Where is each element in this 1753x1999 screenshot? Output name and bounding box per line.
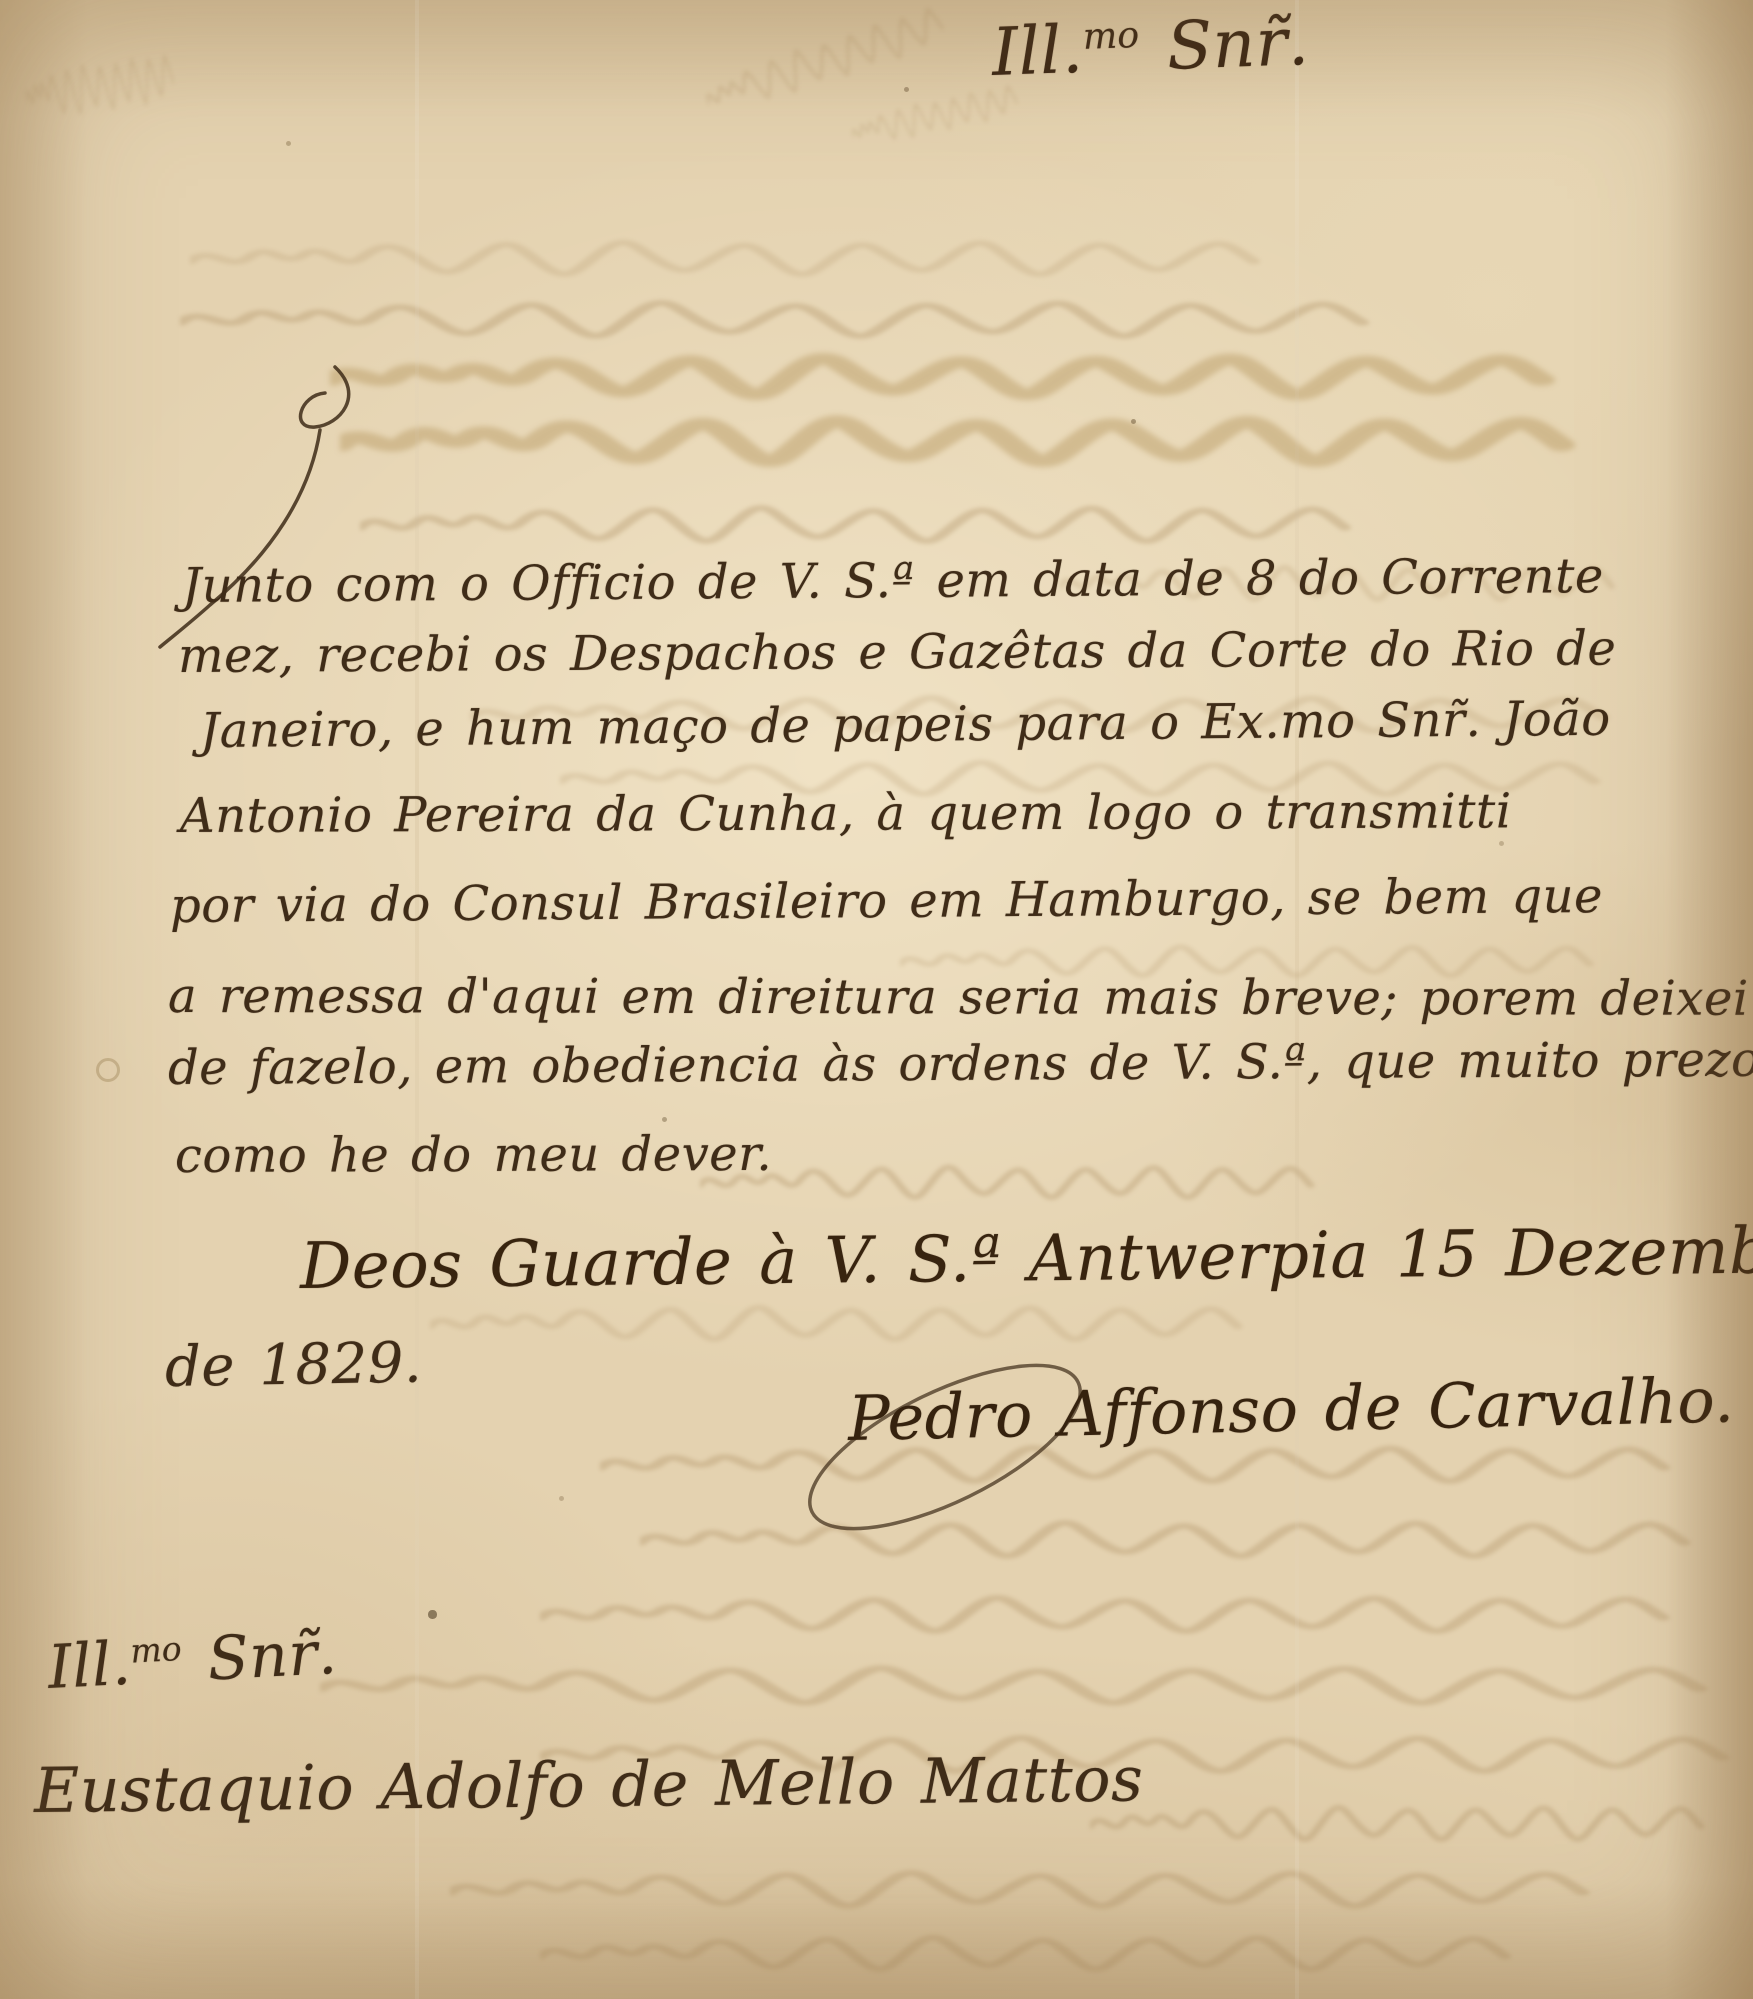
body-line: mez, recebi os Despachos e Gazêtas da Co… <box>178 624 1617 680</box>
closing-year: de 1829. <box>165 1336 423 1396</box>
addressee-salutation-superscript: mo <box>129 1629 182 1671</box>
body-line: por via do Consul Brasileiro em Hamburgo… <box>170 872 1603 930</box>
header-salutation: Ill.mo Snr̃. <box>991 9 1310 86</box>
bleed-through-line <box>540 1930 1520 1974</box>
addressee-salutation: Ill.mo Snr̃. <box>46 1623 338 1698</box>
bleed-through-line <box>700 1160 1320 1202</box>
body-line: como he do meu dever. <box>175 1130 772 1180</box>
ink-specks <box>0 0 3 3</box>
signature: Pedro Affonso de Carvalho. <box>847 1369 1735 1450</box>
header-salutation-base: Ill. <box>991 11 1085 91</box>
closing-dateline: Deos Guarde à V. S.ª Antwerpia 15 Dezemb… <box>300 1219 1753 1299</box>
manuscript-page: Ill.mo Snr̃. Junto com o Officio de V. S… <box>0 0 1753 1999</box>
bleed-through-line <box>330 350 1560 400</box>
bleed-through-line <box>450 1865 1600 1911</box>
body-line: Antonio Pereira da Cunha, à quem logo o … <box>180 787 1512 840</box>
bleed-through-line <box>22 45 179 125</box>
ring-stain <box>96 1058 120 1082</box>
bleed-through-line <box>360 500 1360 546</box>
body-line: de fazelo, em obediencia às ordens de V.… <box>168 1036 1753 1092</box>
bleed-through-line <box>698 0 951 122</box>
body-line: a remessa d'aqui em direitura seria mais… <box>168 972 1749 1023</box>
bleed-through-line <box>430 1300 1250 1344</box>
addressee-salutation-base: Ill. <box>46 1629 133 1703</box>
body-line: Janeiro, e hum maço de papeis para o Ex.… <box>200 695 1611 755</box>
bleed-through-line <box>180 295 1380 341</box>
addressee-salutation-rest: Snr̃. <box>180 1618 339 1696</box>
bleed-through-line <box>340 412 1580 467</box>
bleed-through-line <box>190 235 1270 279</box>
header-salutation-superscript: mo <box>1082 13 1140 58</box>
addressee-name: Eustaquio Adolfo de Mello Mattos <box>34 1748 1144 1822</box>
bleed-through-line <box>320 1660 1720 1708</box>
bleed-through-line <box>1090 1800 1710 1844</box>
bleed-through-line <box>540 1590 1680 1636</box>
body-line: Junto com o Officio de V. S.ª em data de… <box>182 552 1604 610</box>
header-salutation-rest: Snr̃. <box>1138 3 1310 86</box>
